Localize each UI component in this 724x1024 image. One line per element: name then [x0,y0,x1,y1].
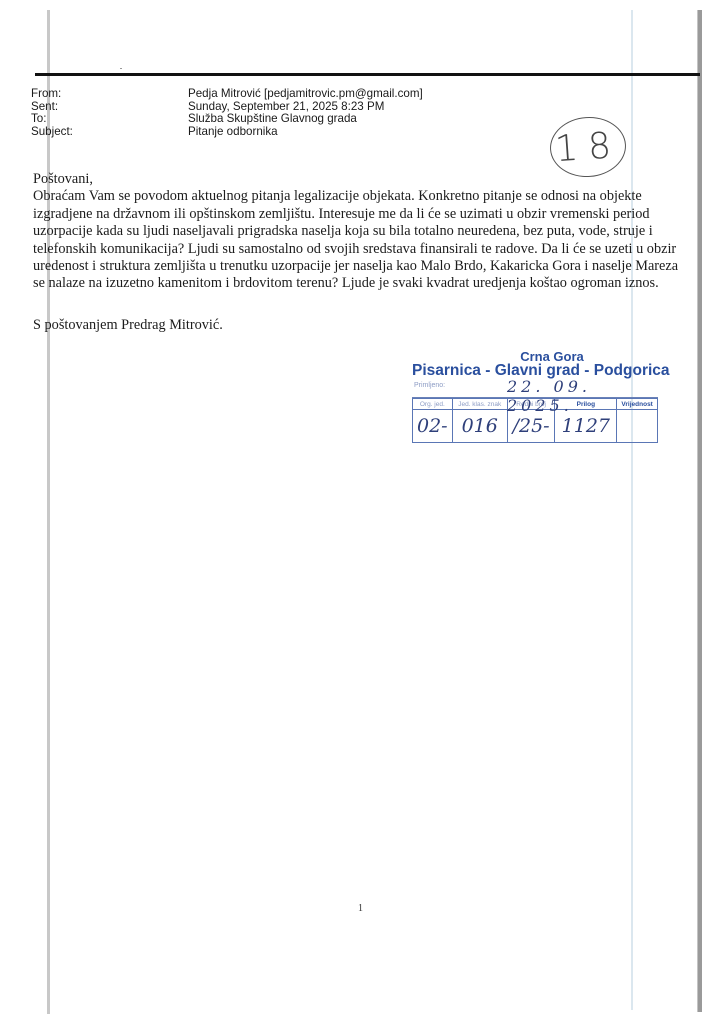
subject-value: Pitanje odbornika [188,126,278,139]
scan-artifact-right-blue [631,10,633,1010]
stamp-date-label: Primljeno: [414,382,445,389]
stamp-value: 02- [413,410,453,443]
body-paragraph: Obraćam Vam se povodom aktuelnog pitanja… [33,188,681,292]
signature: S poštovanjem Predrag Mitrović. [33,317,223,334]
stamp-col-header: Org. jed. [413,399,453,410]
stamp-col-header: Jed. klas. znak [452,399,507,410]
subject-row: Subject: Pitanje odbornika [31,126,423,139]
scan-artifact-right-gray [697,10,702,1012]
handwritten-circled-number: 18 [548,114,628,179]
from-row: From: Pedja Mitrović [pedjamitrovic.pm@g… [31,88,423,101]
greeting: Poštovani, [33,171,681,188]
stamp-value: 016 [452,410,507,443]
scan-speck [120,68,122,69]
subject-label: Subject: [31,126,188,139]
sent-label: Sent: [31,101,188,114]
email-body: Poštovani, Obraćam Vam se povodom aktuel… [33,171,681,293]
from-label: From: [31,88,188,101]
registry-stamp: Crna Gora Pisarnica - Glavni grad - Podg… [412,350,662,443]
email-header: From: Pedja Mitrović [pedjamitrovic.pm@g… [31,88,423,138]
header-rule [35,73,700,76]
stamp-date-row: Primljeno: 22. 09. 2025. [412,379,658,398]
page-number: 1 [358,903,363,914]
to-value: Služba Skupštine Glavnog grada [188,113,357,126]
from-value: Pedja Mitrović [pedjamitrovic.pm@gmail.c… [188,88,423,101]
to-row: To: Služba Skupštine Glavnog grada [31,113,423,126]
stamp-date-value: 22. 09. 2025. [507,377,658,415]
scan-artifact-left [47,10,50,1014]
to-label: To: [31,113,188,126]
